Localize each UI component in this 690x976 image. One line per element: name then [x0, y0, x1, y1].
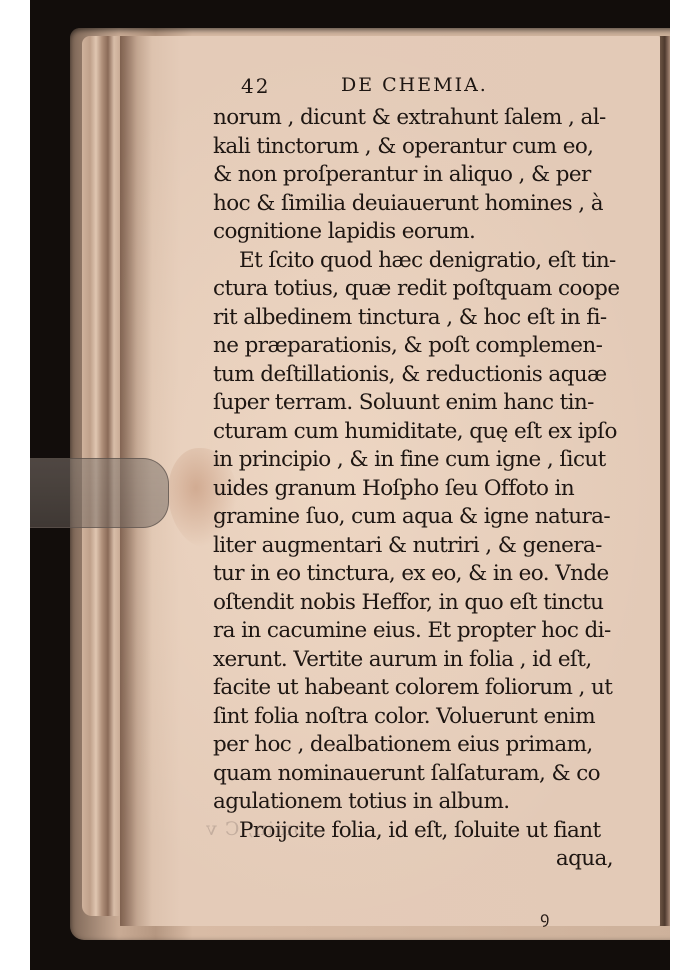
text-line: gramine ſuo, cum aqua & igne natura- [213, 503, 613, 532]
bleed-through-text: nomin, C v [205, 818, 318, 840]
page-text: 42 DE CHEMIA. norum , dicunt & extrahunt… [213, 70, 613, 874]
page-right-edge [660, 36, 670, 926]
text-line: ne præparationis, & poſt complemen- [213, 332, 613, 361]
text-line: ſuper terram. Soluunt enim hanc tin- [213, 389, 613, 418]
text-line: cturam cum humiditate, quę eſt ex ipſo [213, 418, 613, 447]
text-line: ctura totius, quæ redit poſtquam coope [213, 275, 613, 304]
text-line: & non proſperantur in aliquo , & per [213, 161, 613, 190]
paragraph-start-line: Et ſcito quod hæc denigratio, eſt tin- [213, 247, 613, 276]
text-line: hoc & ſimilia deuiauerunt homines , à [213, 190, 613, 219]
running-title: DE CHEMIA. [341, 74, 488, 96]
text-line: kali tinctorum , & operantur cum eo, [213, 133, 613, 162]
text-line: tur in eo tinctura, ex eo, & in eo. Vnde [213, 560, 613, 589]
text-line: ſint folia noſtra color. Voluerunt enim [213, 703, 613, 732]
bookmark-tab [30, 458, 169, 528]
signature-mark: ꝯ [540, 906, 549, 928]
running-head: 42 DE CHEMIA. [213, 70, 613, 104]
text-line: tum deſtillationis, & reductionis aquæ [213, 361, 613, 390]
text-line: per hoc , dealbationem eius primam, [213, 731, 613, 760]
text-line: in principio , & in fine cum igne , ſicu… [213, 446, 613, 475]
text-line: uides granum Hoſpho ſeu Offoto in [213, 475, 613, 504]
text-line: agulationem totius in album. [213, 788, 613, 817]
text-line: quam nominauerunt ſalſaturam, & co [213, 760, 613, 789]
text-line: xerunt. Vertite aurum in folia , id eſt, [213, 646, 613, 675]
catchword: aqua, [213, 845, 613, 874]
text-line: oſtendit nobis Heffor, in quo eſt tinctu [213, 589, 613, 618]
text-line: liter augmentari & nutriri , & genera- [213, 532, 613, 561]
text-line: cognitione lapidis eorum. [213, 218, 613, 247]
text-line: facite ut habeant colorem foliorum , ut [213, 674, 613, 703]
text-line: rit albedinem tinctura , & hoc eſt in fi… [213, 304, 613, 333]
text-line: ra in cacumine eius. Et propter hoc di- [213, 617, 613, 646]
page-number: 42 [241, 74, 270, 98]
text-line: norum , dicunt & extrahunt ſalem , al- [213, 104, 613, 133]
